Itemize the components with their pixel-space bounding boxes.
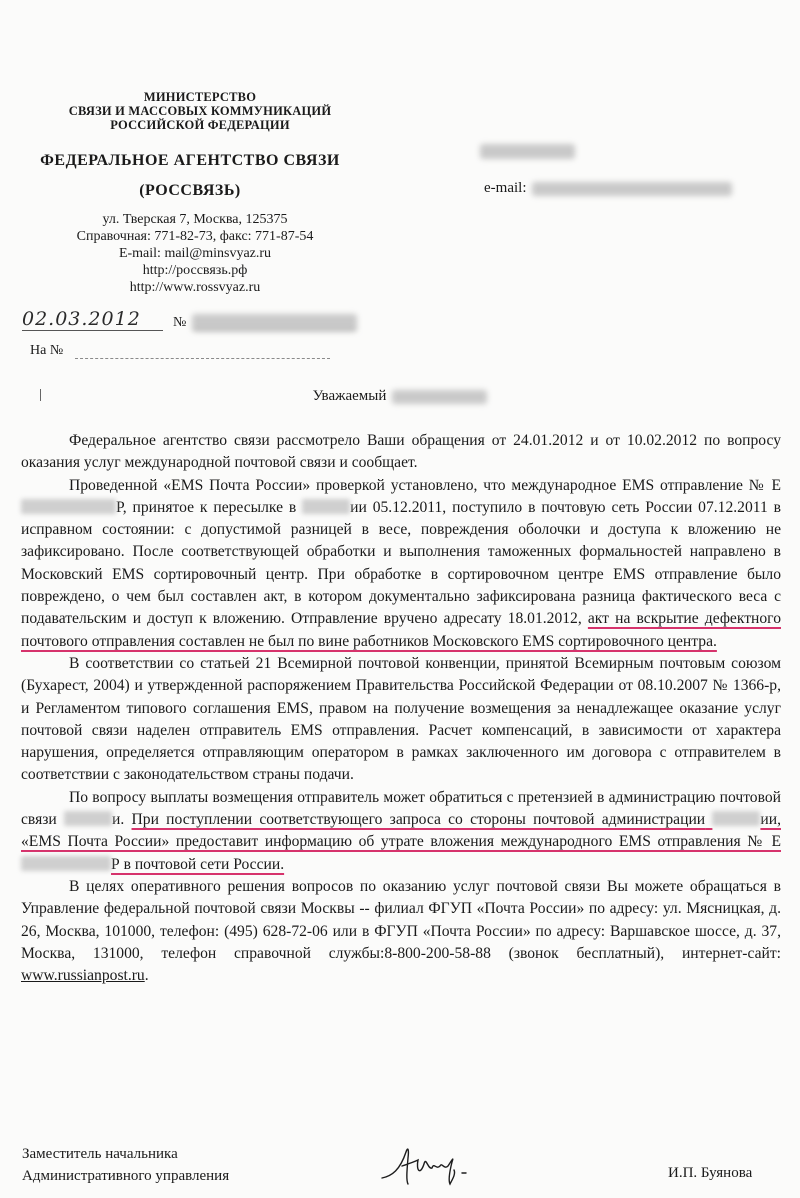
recipient-email: e-mail: bbox=[484, 180, 732, 197]
letter-body: Федеральное агентство связи рассмотрело … bbox=[21, 430, 781, 987]
salutation-word: Уважаемый bbox=[313, 388, 387, 404]
paragraph-1: Федеральное агентство связи рассмотрело … bbox=[21, 430, 781, 475]
redacted-email bbox=[532, 182, 732, 196]
agency-name: ФЕДЕРАЛЬНОЕ АГЕНТСТВО СВЯЗИ bbox=[0, 152, 380, 170]
paragraph-4: По вопросу выплаты возмещения отправител… bbox=[21, 787, 781, 876]
signatory-title: Заместитель начальника Административного… bbox=[22, 1143, 229, 1187]
recipient-name bbox=[480, 142, 575, 160]
reply-to-blank bbox=[75, 348, 330, 359]
signatory-name: И.П. Буянова bbox=[668, 1165, 752, 1182]
agency-short-name: (РОССВЯЗЬ) bbox=[0, 182, 380, 200]
agency-address: ул. Тверская 7, Москва, 125375 bbox=[0, 211, 390, 228]
agency-email: E-mail: mail@minsvyaz.ru bbox=[0, 245, 390, 262]
paragraph-5: В целях оперативного решения вопросов по… bbox=[21, 876, 781, 987]
reply-to-line: На № bbox=[30, 343, 330, 359]
redacted-country bbox=[64, 811, 112, 826]
registration-line: 02.03.2012 № bbox=[22, 308, 357, 331]
redacted-outgoing-number bbox=[192, 314, 357, 331]
paragraph-3: В соответствии со статьей 21 Всемирной п… bbox=[21, 653, 781, 787]
agency-site-ru: http://www.rossvyaz.ru bbox=[0, 279, 390, 296]
redacted-tracking-number bbox=[21, 499, 116, 514]
reply-to-label: На № bbox=[30, 343, 63, 359]
redacted-country bbox=[302, 499, 350, 514]
letterhead-contacts: ул. Тверская 7, Москва, 125375 Справочна… bbox=[0, 211, 390, 296]
agency-phones: Справочная: 771-82-73, факс: 771-87-54 bbox=[0, 228, 390, 245]
number-label: № bbox=[173, 315, 186, 331]
russianpost-link[interactable]: www.russianpost.ru bbox=[21, 967, 145, 984]
ministry-line: РОССИЙСКОЙ ФЕДЕРАЦИИ bbox=[0, 118, 400, 132]
paragraph-2: Проведенной «EMS Почта России» проверкой… bbox=[21, 475, 781, 653]
handwritten-signature-icon bbox=[378, 1140, 478, 1195]
salutation: Уважаемый bbox=[0, 388, 800, 405]
redacted-addressee bbox=[392, 390, 487, 404]
underlined-statement-2: При поступлении соответствующего запроса… bbox=[21, 811, 781, 873]
handwritten-date: 02.03.2012 bbox=[22, 308, 163, 331]
redacted-tracking-number bbox=[21, 856, 111, 871]
ministry-line: СВЯЗИ И МАССОВЫХ КОММУНИКАЦИЙ bbox=[0, 104, 400, 118]
redacted-country bbox=[712, 811, 760, 826]
ministry-line: МИНИСТЕРСТВО bbox=[0, 90, 400, 104]
agency-site-rf: http://россвязь.рф bbox=[0, 262, 390, 279]
email-label: e-mail: bbox=[484, 180, 526, 197]
letterhead-ministry: МИНИСТЕРСТВО СВЯЗИ И МАССОВЫХ КОММУНИКАЦ… bbox=[0, 90, 400, 132]
redacted-recipient-name bbox=[480, 144, 575, 159]
